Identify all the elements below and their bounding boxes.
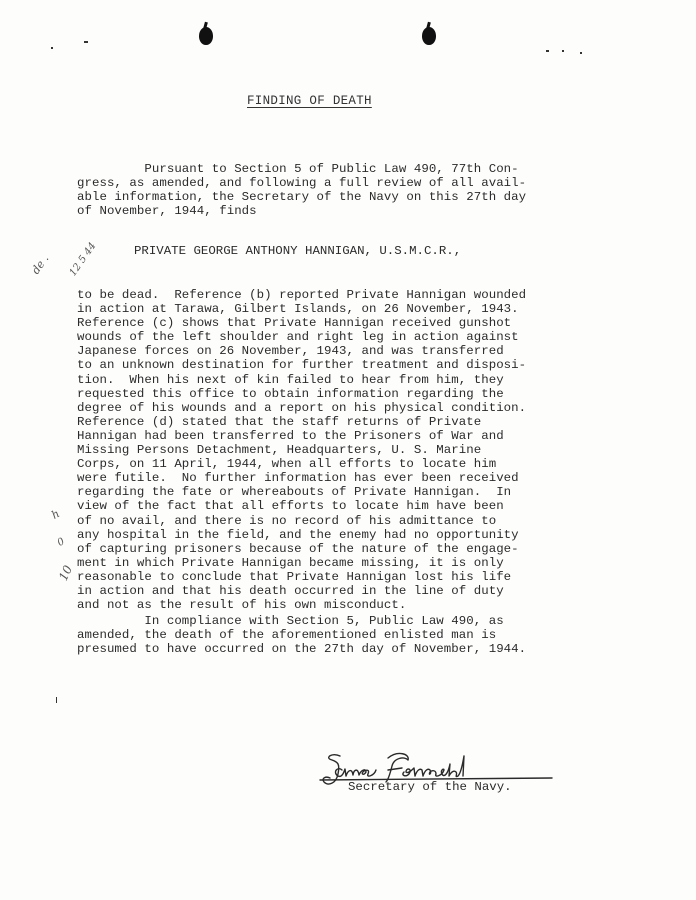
margin-note: 10 [56,563,75,583]
speck [562,50,564,52]
intro-paragraph: Pursuant to Section 5 of Public Law 490,… [77,162,526,218]
text-line: able information, the Secretary of the N… [77,190,526,204]
text-line: Japanese forces on 26 November, 1943, an… [77,344,526,358]
speck [51,47,53,49]
text-line: ment in which Private Hannigan became mi… [77,556,526,570]
text-line: presumed to have occurred on the 27th da… [77,642,526,656]
text-line: regarding the fate or whereabouts of Pri… [77,485,526,499]
text-line: and not as the result of his own miscond… [77,598,526,612]
speck [56,697,57,703]
text-line: view of the fact that all efforts to loc… [77,499,526,513]
speck [84,41,88,43]
signature-block: Secretary of the Navy. [318,748,558,804]
punch-hole-left [199,27,213,45]
text-line: amended, the death of the aforementioned… [77,628,526,642]
text-line: in action at Tarawa, Gilbert Islands, on… [77,302,526,316]
speck [580,52,582,54]
text-line: any hospital in the field, and the enemy… [77,528,526,542]
text-line: Missing Persons Detachment, Headquarters… [77,443,526,457]
margin-note-date: 12 5 44 [68,241,99,279]
text-line: Hannigan had been transferred to the Pri… [77,429,526,443]
margin-note: 0 [56,536,67,549]
text-line: in action and that his death occurred in… [77,584,526,598]
text-line: tion. When his next of kin failed to hea… [77,373,526,387]
text-line: to be dead. Reference (b) reported Priva… [77,288,526,302]
margin-note: h [49,507,62,522]
text-line: gress, as amended, and following a full … [77,176,526,190]
document-title: FINDING OF DEATH [247,94,372,108]
text-line: of November, 1944, finds [77,204,526,218]
speck [546,50,549,52]
signature-title: Secretary of the Navy. [348,780,512,794]
margin-note: de . [29,252,51,276]
conclusion-paragraph: In compliance with Section 5, Public Law… [77,614,526,656]
text-line: of capturing prisoners because of the na… [77,542,526,556]
text-line: Reference (d) stated that the staff retu… [77,415,526,429]
text-line: of no avail, and there is no record of h… [77,514,526,528]
text-line: Corps, on 11 April, 1944, when all effor… [77,457,526,471]
subject-name: PRIVATE GEORGE ANTHONY HANNIGAN, U.S.M.C… [134,244,461,258]
text-line: requested this office to obtain informat… [77,387,526,401]
text-line: In compliance with Section 5, Public Law… [77,614,526,628]
document-page: FINDING OF DEATH Pursuant to Section 5 o… [0,0,696,900]
text-line: to an unknown destination for further tr… [77,358,526,372]
text-line: reasonable to conclude that Private Hann… [77,570,526,584]
text-line: were futile. No further information has … [77,471,526,485]
text-line: Pursuant to Section 5 of Public Law 490,… [77,162,526,176]
text-line: degree of his wounds and a report on his… [77,401,526,415]
punch-hole-right [422,27,436,45]
text-line: Reference (c) shows that Private Hanniga… [77,316,526,330]
text-line: wounds of the left shoulder and right le… [77,330,526,344]
body-paragraph: to be dead. Reference (b) reported Priva… [77,288,526,612]
